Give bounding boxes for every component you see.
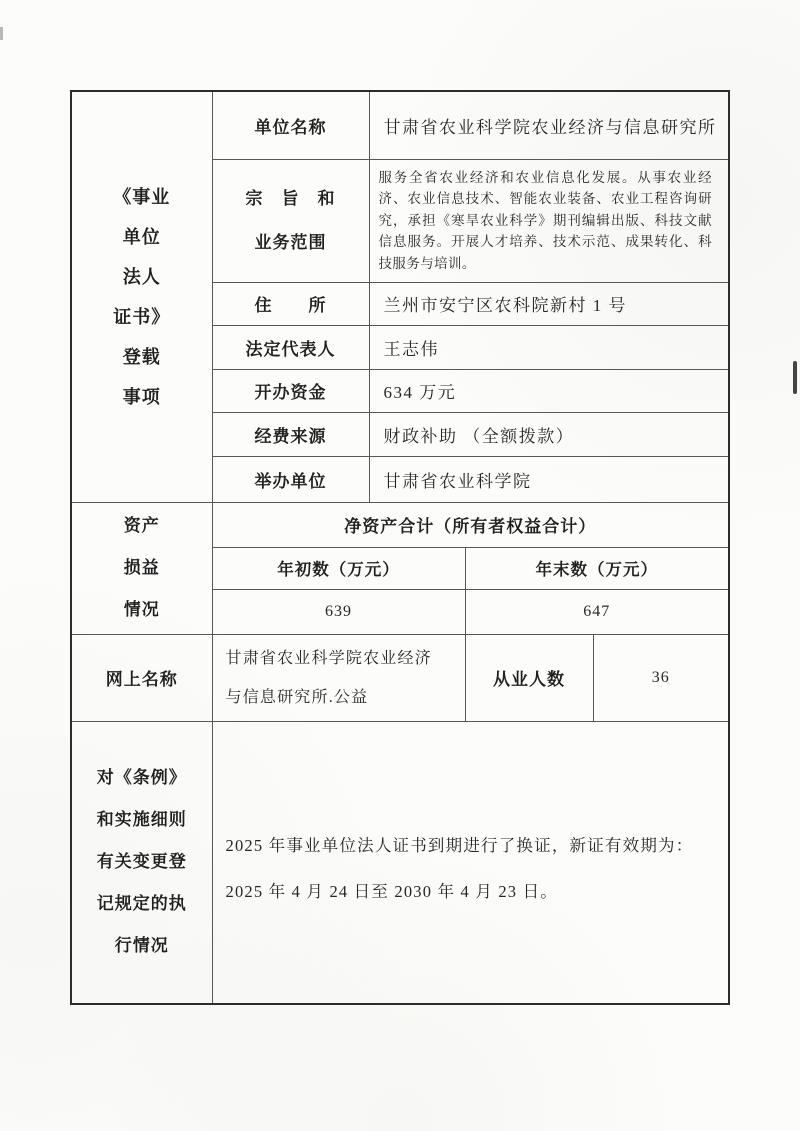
- year-start-value: 639: [212, 589, 465, 634]
- compliance-text-cell: 2025 年事业单位法人证书到期进行了换证，新证有效期为： 2025 年 4 月…: [212, 721, 729, 1004]
- initial-capital-label: 开办资金: [212, 369, 369, 412]
- funding-source-label: 经费来源: [212, 412, 369, 456]
- scanned-document-page: 《事业 单位 法人 证书》 登载 事项 单位名称 甘肃省农业科学院农业经济与信息…: [0, 0, 800, 1131]
- certificate-header-line: 《事业: [72, 177, 212, 217]
- certificate-header-line: 事项: [72, 377, 212, 417]
- registration-info-table: 《事业 单位 法人 证书》 登载 事项 单位名称 甘肃省农业科学院农业经济与信息…: [70, 90, 730, 1005]
- unit-name-value: 甘肃省农业科学院农业经济与信息研究所: [369, 91, 729, 159]
- certificate-items-header-cell: 《事业 单位 法人 证书》 登载 事项: [71, 91, 212, 502]
- year-end-header: 年末数（万元）: [465, 547, 729, 589]
- mission-label-line: 业务范围: [213, 221, 369, 265]
- legal-representative-value: 王志伟: [369, 325, 729, 369]
- online-name-value-line: 甘肃省农业科学院农业经济: [226, 639, 457, 678]
- compliance-label-line: 记规定的执: [72, 883, 212, 925]
- compliance-label-line: 行情况: [72, 925, 212, 967]
- table-row: 《事业 单位 法人 证书》 登载 事项 单位名称 甘肃省农业科学院农业经济与信息…: [71, 91, 729, 159]
- table-row: 网上名称 甘肃省农业科学院农业经济 与信息研究所.公益 从业人数 36: [71, 634, 729, 721]
- address-label: 住 所: [212, 282, 369, 325]
- compliance-label-cell: 对《条例》 和实施细则 有关变更登 记规定的执 行情况: [71, 721, 212, 1004]
- staff-count-label: 从业人数: [465, 634, 593, 721]
- address-value: 兰州市安宁区农科院新村 1 号: [369, 282, 729, 325]
- online-name-label: 网上名称: [71, 634, 212, 721]
- sponsor-label: 举办单位: [212, 456, 369, 502]
- assets-section-label-line: 资产: [72, 505, 212, 547]
- scan-edge-artifact-right: [793, 361, 797, 394]
- sponsor-value: 甘肃省农业科学院: [369, 456, 729, 502]
- online-name-value-line: 与信息研究所.公益: [226, 678, 457, 717]
- assets-section-label-line: 损益: [72, 547, 212, 589]
- funding-source-value: 财政补助 （全额拨款）: [369, 412, 729, 456]
- certificate-header-line: 单位: [72, 217, 212, 257]
- compliance-text-line: 2025 年事业单位法人证书到期进行了换证，新证有效期为：: [226, 823, 719, 869]
- table-row: 对《条例》 和实施细则 有关变更登 记规定的执 行情况 2025 年事业单位法人…: [71, 721, 729, 1004]
- compliance-label-line: 有关变更登: [72, 841, 212, 883]
- unit-name-label: 单位名称: [212, 91, 369, 159]
- year-start-header: 年初数（万元）: [212, 547, 465, 589]
- certificate-header-line: 证书》: [72, 297, 212, 337]
- initial-capital-value: 634 万元: [369, 369, 729, 412]
- certificate-header-line: 法人: [72, 257, 212, 297]
- compliance-label-line: 对《条例》: [72, 757, 212, 799]
- scan-edge-artifact-left: [0, 27, 3, 40]
- mission-label-line: 宗 旨 和: [213, 177, 369, 221]
- compliance-text-line: 2025 年 4 月 24 日至 2030 年 4 月 23 日。: [226, 869, 719, 915]
- assets-section-label-line: 情况: [72, 589, 212, 631]
- mission-value: 服务全省农业经济和农业信息化发展。从事农业经济、农业信息技术、智能农业装备、农业…: [369, 159, 729, 282]
- certificate-header-line: 登载: [72, 337, 212, 377]
- year-end-value: 647: [465, 589, 729, 634]
- legal-representative-label: 法定代表人: [212, 325, 369, 369]
- staff-count-value: 36: [593, 634, 729, 721]
- online-name-value: 甘肃省农业科学院农业经济 与信息研究所.公益: [212, 634, 465, 721]
- net-assets-header: 净资产合计（所有者权益合计）: [212, 502, 729, 547]
- compliance-label-line: 和实施细则: [72, 799, 212, 841]
- table-row: 资产 损益 情况 净资产合计（所有者权益合计）: [71, 502, 729, 547]
- mission-label: 宗 旨 和 业务范围: [212, 159, 369, 282]
- assets-section-label-cell: 资产 损益 情况: [71, 502, 212, 634]
